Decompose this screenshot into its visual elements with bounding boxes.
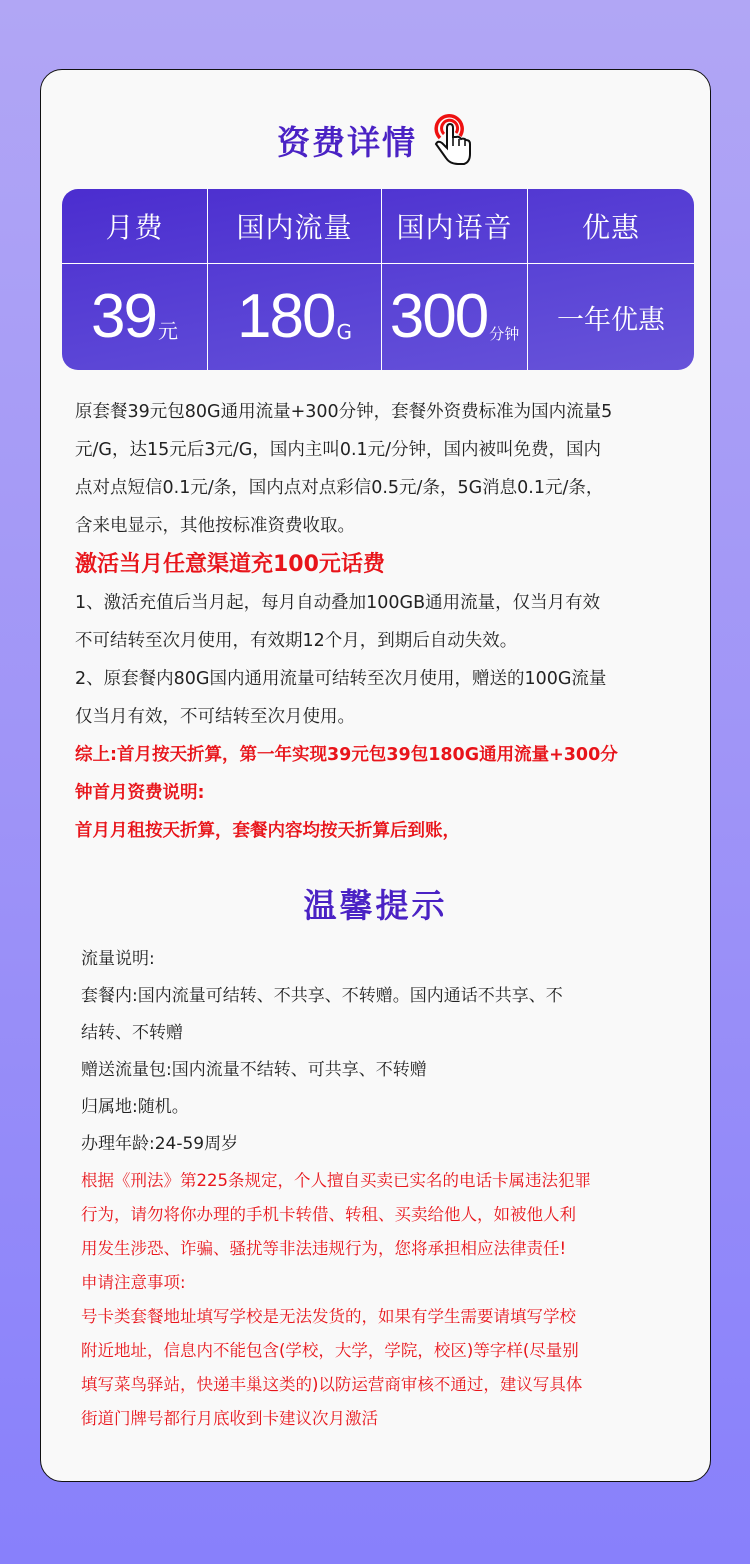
value-domestic-voice: 300 分钟 <box>382 264 528 370</box>
tips-list: 流量说明: 套餐内:国内流量可结转、不共享、不转赠。国内通话不共享、不 结转、不… <box>81 941 681 1163</box>
activation-section: 激活当月任意渠道充100元话费 1、激活充值后当月起，每月自动叠加100GB通用… <box>75 546 685 850</box>
fee-number: 39 <box>91 286 156 348</box>
activation-line: 2、原套餐内80G国内通用流量可结转至次月使用，赠送的100G流量 <box>75 660 685 698</box>
tip-line: 赠送流量包:国内流量不结转、可共享、不转赠 <box>81 1052 681 1089</box>
activation-headline: 激活当月任意渠道充100元话费 <box>75 546 685 584</box>
warning-line: 申请注意事项: <box>81 1266 681 1300</box>
info-card: 资费详情 月费 国内流量 国内语音 优惠 39 元 180 G 300 分钟 <box>40 69 711 1482</box>
description-line: 原套餐39元包80G通用流量+300分钟，套餐外资费标准为国内流量5 <box>75 393 685 431</box>
warning-line: 填写菜鸟驿站，快递丰巢这类的)以防运营商审核不通过，建议写具体 <box>81 1368 681 1402</box>
hand-pointer-click-icon <box>430 112 474 168</box>
voice-unit: 分钟 <box>489 323 519 344</box>
data-unit: G <box>336 320 352 344</box>
tip-line: 办理年龄:24-59周岁 <box>81 1126 681 1163</box>
summary-line: 钟首月资费说明: <box>75 774 685 812</box>
warning-line: 附近地址，信息内不能包含(学校，大学，学院，校区)等字样(尽量别 <box>81 1334 681 1368</box>
warning-line: 街道门牌号都行月底收到卡建议次月激活 <box>81 1402 681 1436</box>
description-line: 含来电显示，其他按标准资费收取。 <box>75 507 685 545</box>
value-discount: 一年优惠 <box>528 264 694 370</box>
section-header: 资费详情 <box>41 112 710 168</box>
header-domestic-data: 国内流量 <box>208 189 382 264</box>
activation-line: 仅当月有效，不可结转至次月使用。 <box>75 698 685 736</box>
warning-notes: 根据《刑法》第225条规定，个人擅自买卖已实名的电话卡属违法犯罪 行为，请勿将你… <box>81 1164 681 1436</box>
warning-line: 号卡类套餐地址填写学校是无法发货的，如果有学生需要请填写学校 <box>81 1300 681 1334</box>
tip-line: 套餐内:国内流量可结转、不共享、不转赠。国内通话不共享、不 <box>81 978 681 1015</box>
fee-unit: 元 <box>158 315 178 344</box>
tip-line: 归属地:随机。 <box>81 1089 681 1126</box>
summary-line: 综上:首月按天折算，第一年实现39元包39包180G通用流量+300分 <box>75 736 685 774</box>
data-number: 180 <box>237 286 334 348</box>
voice-number: 300 <box>390 286 487 348</box>
description-line: 元/G，达15元后3元/G，国内主叫0.1元/分钟，国内被叫免费，国内 <box>75 431 685 469</box>
header-monthly-fee: 月费 <box>62 189 208 264</box>
activation-line: 1、激活充值后当月起，每月自动叠加100GB通用流量，仅当月有效 <box>75 584 685 622</box>
value-monthly-fee: 39 元 <box>62 264 208 370</box>
description-line: 点对点短信0.1元/条，国内点对点彩信0.5元/条，5G消息0.1元/条， <box>75 469 685 507</box>
tip-line: 流量说明: <box>81 941 681 978</box>
section-title: 资费详情 <box>277 117 417 164</box>
plan-table: 月费 国内流量 国内语音 优惠 39 元 180 G 300 分钟 一年优惠 <box>62 189 694 370</box>
plan-description: 原套餐39元包80G通用流量+300分钟，套餐外资费标准为国内流量5 元/G，达… <box>75 393 685 545</box>
warning-line: 用发生涉恐、诈骗、骚扰等非法违规行为，您将承担相应法律责任! <box>81 1232 681 1266</box>
header-domestic-voice: 国内语音 <box>382 189 528 264</box>
warning-line: 行为，请勿将你办理的手机卡转借、转租、买卖给他人，如被他人利 <box>81 1198 681 1232</box>
discount-text: 一年优惠 <box>557 298 665 337</box>
activation-line: 不可结转至次月使用，有效期12个月，到期后自动失效。 <box>75 622 685 660</box>
tip-line: 结转、不转赠 <box>81 1015 681 1052</box>
header-discount: 优惠 <box>528 189 694 264</box>
value-domestic-data: 180 G <box>208 264 382 370</box>
tips-title: 温馨提示 <box>41 880 710 927</box>
warning-line: 根据《刑法》第225条规定，个人擅自买卖已实名的电话卡属违法犯罪 <box>81 1164 681 1198</box>
summary-line: 首月月租按天折算，套餐内容均按天折算后到账， <box>75 812 685 850</box>
